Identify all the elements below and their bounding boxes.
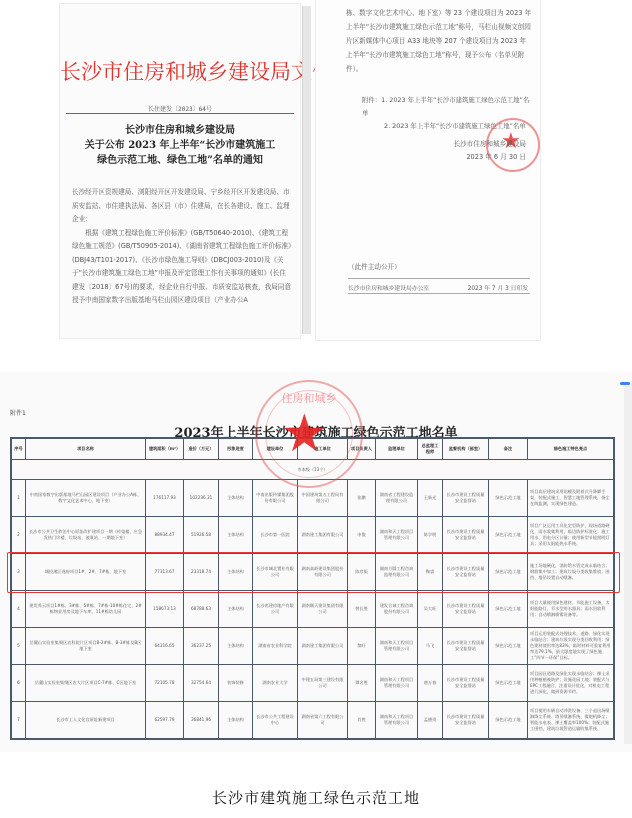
cell-name: 长沙市公共卫生救治中心原址改扩建项目一期（传染楼、应急发热门诊楼、垃圾站、液氧站… [26, 517, 146, 554]
column-header: 建设单位 [253, 439, 298, 460]
cell-agency: 长沙市建设工程质量安全监督站 [443, 591, 489, 628]
cell-name: 长沙市工人文化宫原址新建项目 [26, 702, 146, 739]
cell-name: 建发养云项目1#栋、3#栋、5#栋、7#栋-10#栋住宅，2#栋物业用房及地下车… [26, 591, 146, 628]
notice-body: 长沙经开区资规建局、浏阳经开区开发建设局、宁乡经开区开发建设局、市质安监站、市住… [72, 186, 292, 308]
cell-area: 62597.79 [146, 702, 184, 739]
table-row: 5岳麓山实验室集聚区农科院片区项目B-2#栋、B-3#栋及B区地下室64316.… [12, 628, 614, 665]
cell-area: 77313.67 [146, 554, 184, 591]
print-footer: 长沙市住房和城乡建设局办公室 2023 年 7 月 3 日印发 [348, 283, 528, 292]
cell-agency: 长沙市建设工程质量安全监督站 [443, 480, 489, 517]
notice-title: 长沙市住房和城乡建设局 关于公布 2023 年上半年“长沙市建筑施工 绿色示范工… [60, 123, 300, 168]
cell-chief: 陶睿 [418, 554, 443, 591]
cell-area: 176117.93 [146, 480, 184, 517]
body-continued: 栋、数字文化艺术中心、地下室）等 23 个建设项目为 2023 年上半年“长沙市… [346, 6, 532, 76]
table-row: 7长沙市工人文化宫原址新建项目62597.7936841.96主体结构长沙市公共… [12, 702, 614, 739]
column-header: 总监理工程师 [418, 439, 443, 460]
cell-chief: 王新光 [418, 480, 443, 517]
cell-feature: 项目广泛运用工具化定型防护，现场道路硬化，雨水收集利用，临边防护标准化；施工用水… [528, 517, 614, 554]
table-row: 6岳麓山实验室集聚区农大片区项目C-7#栋、C区地下室72105.7832754… [12, 665, 614, 702]
header-divider [66, 113, 294, 114]
cell-progress: 主体结构 [219, 628, 253, 665]
cell-feature: 项目高层建筑采用铝模及附着式升降脚手架，装配式施工，智慧工地管理系统，扬尘在线监… [528, 480, 614, 517]
cell-remark: 绿色示范工地 [489, 554, 528, 591]
cell-progress: 主体结构 [219, 702, 253, 739]
cell-cost: 36841.96 [184, 702, 219, 739]
addressee: 长沙经开区资规建局、浏阳经开区开发建设局、宁乡经开区开发建设局、市质安监站、市住… [72, 186, 292, 227]
cell-contractor: 湖南省第六工程有限公司 [298, 702, 348, 739]
cell-no: 2 [12, 517, 26, 554]
attachment-sheet: 附件1 2023年上半年长沙市建筑施工绿色示范工地名单 序号项目名称建筑面积（m… [0, 372, 632, 752]
cell-agency: 长沙市建设工程质量安全监督站 [443, 554, 489, 591]
notice-page-1: 长沙市住房和城乡建设局文件 长住建发〔2023〕64号 长沙市住房和城乡建设局 … [60, 4, 300, 338]
cell-pm: 陈彦振 [348, 554, 376, 591]
table-header-row: 序号项目名称建筑面积（m²）造价（万元）形象进度建设单位施工单位项目负责人监理单… [12, 439, 614, 460]
cell-progress: 主体结构 [219, 591, 253, 628]
cell-area: 158673.13 [146, 591, 184, 628]
cell-chief: 马飞 [418, 628, 443, 665]
cell-area: 88934.47 [146, 517, 184, 554]
cell-builder: 长沙市公共工程建设中心 [253, 702, 298, 739]
cell-no: 3 [12, 554, 26, 591]
cell-progress: 主体结构 [219, 554, 253, 591]
cell-remark: 绿色示范工地 [489, 702, 528, 739]
cell-progress: 主体结构 [219, 517, 253, 554]
cell-builder: 湖南省农业科学院 [253, 628, 298, 665]
demo-site-table: 序号项目名称建筑面积（m²）造价（万元）形象进度建设单位施工单位项目负责人监理单… [11, 438, 614, 739]
cell-feature: 施工场地硬化，消防给水管完成永临结合；钢筋集中加工；建筑垃圾分类收集堆放；围挡、… [528, 554, 614, 591]
footer-office: 长沙市住房和城乡建设局办公室 [348, 283, 429, 292]
cell-feature: 项目大量使用绿色建材、节能施工设备，太阳能路灯，节水型用水器具；雨水回收利用；自… [528, 591, 614, 628]
document-header: 长沙市住房和城乡建设局文件 [60, 56, 300, 86]
cell-remark: 绿色示范工地 [489, 591, 528, 628]
cell-progress: 装饰装修 [219, 665, 253, 702]
scrollbar-thumb[interactable] [620, 382, 630, 385]
column-header: 绿色施工特色亮点 [528, 439, 614, 460]
cell-cost: 51926.58 [184, 517, 219, 554]
cell-supervisor: 湖南和天工程项目管理有限公司 [376, 665, 418, 702]
notice-title-line: 关于公布 2023 年上半年“长沙市建筑施工 [60, 138, 300, 153]
column-header: 施工单位 [298, 439, 348, 460]
cell-remark: 绿色示范工地 [489, 628, 528, 665]
document-number: 长住建发〔2023〕64号 [60, 104, 300, 113]
cell-contractor: 湖南建工集团有限公司 [298, 628, 348, 665]
cell-no: 5 [12, 628, 26, 665]
column-header: 监督机构（部室） [443, 439, 489, 460]
table-row: 1中南国家数字出版基地马栏山园区建设项目（产业办公A栋、数字文化艺术中心、地下室… [12, 480, 614, 517]
cell-supervisor: 湖南省工程建设监理有限公司 [376, 480, 418, 517]
issue-date: 2023 年 6 月 30 日 [453, 151, 526, 164]
notice-title-line: 长沙市住房和城乡建设局 [60, 123, 300, 138]
cell-builder: 长沙市第一医院 [253, 517, 298, 554]
cell-cost: 32754.64 [184, 665, 219, 702]
column-header: 形象进度 [219, 439, 253, 460]
column-header: 监理单位 [376, 439, 418, 460]
cell-progress: 主体结构 [219, 480, 253, 517]
cell-remark: 绿色示范工地 [489, 665, 528, 702]
cell-cost: 36237.25 [184, 628, 219, 665]
cell-agency: 长沙市建设工程质量安全监督站 [443, 517, 489, 554]
cell-chief: 孟德贵 [418, 702, 443, 739]
image-caption: 长沙市建筑施工绿色示范工地 [0, 787, 632, 808]
cell-chief: 唐万春 [418, 665, 443, 702]
footer-rule [348, 278, 530, 279]
cell-name: 岳麓山实验室集聚区农大片区项目C-7#栋、C区地下室 [26, 665, 146, 702]
cell-pm: 申俊 [348, 517, 376, 554]
cell-name: 岳麓山实验室集聚区农科院片区项目B-2#栋、B-3#栋及B区地下室 [26, 628, 146, 665]
cell-contractor: 湖南建工集团有限公司 [298, 517, 348, 554]
column-header: 项目名称 [26, 439, 146, 460]
cell-supervisor: 建发合诚工程咨询股份有限公司 [376, 591, 418, 628]
page-edge [302, 6, 311, 334]
cell-agency: 长沙市建设工程质量安全监督站 [443, 665, 489, 702]
cell-chief: 陈学明 [418, 517, 443, 554]
footer-date: 2023 年 7 月 3 日印发 [468, 283, 528, 292]
cell-contractor: 湖南高岭建设集团股份有限公司 [298, 554, 348, 591]
table-row: 2长沙市公共卫生救治中心原址改扩建项目一期（传染楼、应急发热门诊楼、垃圾站、液氧… [12, 517, 614, 554]
cell-cost: 102236.31 [184, 480, 219, 517]
attachment-item: 附件：1. 2023 年上半年“长沙市建筑施工绿色示范工地”名单 [362, 94, 532, 120]
cell-cost: 23318.74 [184, 554, 219, 591]
signature-block: 长沙市住房和城乡建设局 2023 年 6 月 30 日 [453, 138, 526, 164]
column-header: 建筑面积（m²） [146, 439, 184, 460]
cell-pm: 谭名胜 [348, 665, 376, 702]
cell-chief: 吴大旺 [418, 591, 443, 628]
group-label: 市本级（13个） [12, 460, 614, 480]
cell-feature: 项目使用车辆自动冲洗设备、三个退出场喷淋降尘系统、塔吊喷淋系统、雾炮机降尘；智能… [528, 702, 614, 739]
group-row: 市本级（13个） [12, 460, 614, 480]
cell-pm: 肖胜 [348, 702, 376, 739]
notice-title-line: 绿色示范工地、绿色工地”名单的通知 [60, 153, 300, 168]
cell-supervisor: 湖南和天工程项目管理有限公司 [376, 628, 418, 665]
notice-page-2: 栋、数字文化艺术中心、地下室）等 23 个建设项目为 2023 年上半年“长沙市… [316, 0, 540, 340]
cell-no: 4 [12, 591, 26, 628]
cell-contractor: 中建五局第三建设有限公司 [298, 665, 348, 702]
cell-supervisor: 湖南和天工程项目管理有限公司 [376, 517, 418, 554]
table-row: 3城投湘江逸府项目1#、2#、7#栋，地下室77313.6723318.74主体… [12, 554, 614, 591]
cell-agency: 长沙市建设工程质量安全监督站 [443, 702, 489, 739]
cell-contractor: 湖南顺天建设集团有限公司 [298, 591, 348, 628]
cell-area: 64316.65 [146, 628, 184, 665]
cell-supervisor: 湖南方圆工程咨询监理有限公司 [376, 554, 418, 591]
cell-remark: 绿色示范工地 [489, 517, 528, 554]
column-header: 备注 [489, 439, 528, 460]
cell-pm: 黎旺 [348, 628, 376, 665]
cell-name: 中南国家数字出版基地马栏山园区建设项目（产业办公A栋、数字文化艺术中心、地下室） [26, 480, 146, 517]
column-header: 序号 [12, 439, 26, 460]
cell-supervisor: 湖南和天工程项目管理有限公司 [376, 702, 418, 739]
column-header: 项目负责人 [348, 439, 376, 460]
column-header: 造价（万元） [184, 439, 219, 460]
cell-no: 6 [12, 665, 26, 702]
attachment-label: 附件1 [10, 408, 26, 417]
cell-remark: 绿色示范工地 [489, 480, 528, 517]
cell-pm: 曾长胜 [348, 591, 376, 628]
cell-cost: 68788.63 [184, 591, 219, 628]
issuer: 长沙市住房和城乡建设局 [453, 138, 526, 151]
cell-name: 城投湘江逸府项目1#、2#、7#栋，地下室 [26, 554, 146, 591]
table-row: 4建发养云项目1#栋、3#栋、5#栋、7#栋-10#栋住宅，2#栋物业用房及地下… [12, 591, 614, 628]
cell-pm: 张鹏 [348, 480, 376, 517]
cell-no: 1 [12, 480, 26, 517]
cell-builder: 长沙兆建房地产有限公司 [253, 591, 298, 628]
body-paragraph: 根据《建筑工程绿色施工评价标准》(GB/T50640-2010)、《建筑工程绿色… [72, 227, 292, 308]
public-note: （此件主动公开） [348, 261, 401, 271]
footer-rule [348, 293, 530, 294]
cell-contractor: 中国建筑第五工程局有限公司 [298, 480, 348, 517]
cell-no: 7 [12, 702, 26, 739]
cell-feature: 项目运用装配式处理技术，道路、绿化实现永临结合；建筑垃圾实现分类回收利用；绿色建… [528, 628, 614, 665]
cell-agency: 长沙市建设工程质量安全监督站 [443, 628, 489, 665]
cell-builder: 中南出版传媒集团股份有限公司 [253, 480, 298, 517]
cell-feature: 项目园区道路及绿化实现永临结合；裸土采用种植植被防护；设施花园工地；装配式与EP… [528, 665, 614, 702]
cell-builder: 长沙市城北置业有限公司 [253, 554, 298, 591]
cell-builder: 湖南农业大学 [253, 665, 298, 702]
cell-area: 72105.78 [146, 665, 184, 702]
